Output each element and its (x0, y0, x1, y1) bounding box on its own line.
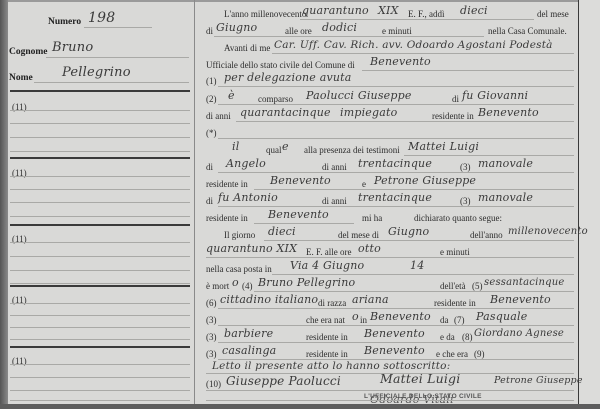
form-line (218, 172, 574, 173)
form-line (218, 138, 574, 139)
hw-birthplace: Benevento (370, 311, 431, 323)
marker-4: (4) (242, 281, 253, 291)
hw-witness1: Mattei Luigi (408, 141, 479, 153)
form-line (236, 121, 574, 122)
marker-9: (9) (474, 349, 485, 359)
hw-race: ariana (352, 294, 389, 306)
hw-witness2-profession: manovale (478, 192, 533, 204)
hw-delegazione: per delegazione avuta (224, 72, 352, 84)
form-line (264, 240, 574, 241)
text-ef-addi: E. F., addì (408, 9, 445, 19)
annotation-line (10, 137, 190, 138)
form-line (218, 86, 574, 87)
annotation-line (10, 283, 190, 284)
marker-3: (3) (460, 196, 471, 206)
scan-edge-bottom (0, 404, 600, 409)
text-il-giorno: Il giorno (224, 230, 255, 240)
annotation-line (10, 256, 190, 257)
form-line (206, 257, 574, 258)
text-di-anni: di anni (322, 162, 347, 172)
numero-value: 198 (88, 12, 115, 24)
form-line (300, 19, 534, 20)
section-divider (10, 285, 190, 287)
hw-death-year: millenovecento (508, 226, 588, 238)
form-line (214, 36, 484, 37)
hw-father-residence: Benevento (364, 328, 425, 340)
text-e: e (362, 179, 366, 189)
text-di-anni: di anni (206, 111, 231, 121)
marker-3: (3) (206, 349, 217, 359)
hw-witness1-profession: manovale (478, 158, 533, 170)
form-line (272, 53, 574, 54)
text-alle-ore: alle ore (285, 26, 312, 36)
text-casa-posta: nella casa posta in (206, 264, 272, 274)
annotation-line (10, 110, 190, 111)
marker-8: (8) (462, 332, 473, 342)
form-line (362, 70, 574, 71)
text-in: in (360, 315, 367, 325)
annotation-line (10, 242, 190, 243)
form-line (218, 104, 574, 105)
text-di: di (206, 196, 213, 206)
text-e-mort: è mort (206, 281, 229, 291)
hw-deceased-mother: Giordano Agnese (474, 328, 564, 340)
hw-death-hour: otto (358, 243, 381, 255)
text-di-anni: di anni (322, 196, 347, 206)
hw-death-day: dieci (268, 226, 296, 238)
nome-value: Pellegrino (62, 67, 131, 79)
text-e-che-era: e che era (436, 349, 468, 359)
form-line (272, 274, 574, 275)
hw-comune: Benevento (370, 56, 431, 68)
text-di: di (206, 162, 213, 172)
annotation-line (10, 400, 190, 401)
cognome-label: Cognome (9, 47, 48, 58)
text-di: di (452, 94, 459, 104)
annotation-line (10, 327, 190, 328)
hw-deceased-name: Bruno Pellegrino (258, 277, 355, 289)
hw-declarant-residence: Benevento (478, 107, 539, 119)
numero-underline (84, 27, 152, 28)
marker-1: (1) (206, 76, 217, 86)
text-delleta: dell'età (440, 281, 466, 291)
form-line (218, 308, 574, 309)
cognome-value: Bruno (52, 42, 93, 54)
annotation-line (10, 339, 190, 340)
cognome-underline (46, 57, 189, 58)
text-residente-in: residente in (306, 332, 348, 342)
marker-10: (10) (206, 379, 221, 389)
annotation-line (10, 189, 190, 190)
hw-month: Giugno (216, 22, 257, 34)
text-qual: qual (266, 145, 282, 155)
hw-mother-profession: casalinga (222, 345, 276, 357)
annotation-line (10, 123, 190, 124)
marker-2: (2) (206, 94, 217, 104)
hw-e: è (228, 90, 235, 102)
hw-declarant: Paolucci Giuseppe (306, 90, 412, 102)
hw-witness2-residence: Benevento (268, 209, 329, 221)
form-line (218, 325, 574, 326)
marker-7: (7) (454, 315, 465, 325)
text-residente-in: residente in (434, 298, 476, 308)
hw-declarant-age: quarantacinque (240, 107, 331, 119)
annotation-line (10, 303, 190, 304)
section-divider (10, 157, 190, 159)
marker-3: (3) (460, 162, 471, 172)
hw-year: quarantuno (302, 5, 369, 17)
text-anno: L'anno millenovecento (224, 9, 306, 19)
hw-witness2: Petrone Giuseppe (374, 175, 476, 187)
text-del-mese-di: del mese di (338, 230, 379, 240)
annotation-line (10, 151, 190, 152)
text-di: di (206, 26, 213, 36)
hw-deceased-father: Pasquale (476, 311, 527, 323)
form-line (206, 390, 574, 391)
section-divider (10, 224, 190, 226)
annotation-line (10, 315, 190, 316)
text-dellanno: dell'anno (470, 230, 503, 240)
annotation-line (10, 270, 190, 271)
text-residente-in: residente in (432, 111, 474, 121)
text-dichiarato: dichiarato quanto segue: (414, 213, 502, 223)
marker-3: (3) (206, 315, 217, 325)
scan-edge-left (0, 0, 8, 409)
nome-underline (34, 82, 189, 83)
marker-3: (3) (206, 332, 217, 342)
form-line (254, 291, 574, 292)
text-casa-comunale: nella Casa Comunale. (488, 26, 567, 36)
form-line (254, 223, 354, 224)
text-residente-in: residente in (306, 349, 348, 359)
text-comparso: comparso (258, 94, 293, 104)
hw-mother-residence: Benevento (364, 345, 425, 357)
text-residente-in: residente in (206, 179, 248, 189)
hw-era: XIX (378, 5, 399, 17)
hw-suffix2: o (352, 311, 359, 323)
text-ef-alle-ore: E. F. alle ore (306, 247, 352, 257)
text-ufficiale: Ufficiale dello stato civile del Comune … (206, 60, 355, 70)
hw-death-year2: quarantuno XIX (206, 243, 297, 255)
hw-declarant-father: fu Giovanni (462, 90, 528, 102)
text-e-minuti: e minuti (440, 247, 470, 257)
section-divider (10, 346, 190, 348)
hw-il: il (232, 141, 239, 153)
section-divider (10, 90, 190, 92)
form-line (206, 400, 574, 401)
hw-hour: dodici (322, 22, 357, 34)
hw-e2: e (282, 141, 289, 153)
hw-witness1-residence: Benevento (270, 175, 331, 187)
nome-label: Nome (9, 73, 33, 84)
hw-witness2-age: trentacinque (358, 192, 432, 204)
signature-witness2: Petrone Giuseppe (494, 375, 583, 387)
text-testimoni: alla presenza dei testimoni (304, 145, 400, 155)
form-line (254, 189, 574, 190)
hw-witness2-father: fu Antonio (218, 192, 278, 204)
marker-6: (6) (206, 298, 217, 308)
hw-day: dieci (460, 5, 488, 17)
text-mi-ha: mi ha (362, 213, 382, 223)
annotation-line (10, 176, 190, 177)
text-di-razza: di razza (318, 298, 346, 308)
text-avanti: Avanti di me (224, 43, 270, 53)
hw-address-number: 14 (410, 260, 424, 272)
hw-deceased-residence: Benevento (490, 294, 551, 306)
hw-declarant-profession: impiegato (340, 107, 397, 119)
form-line (404, 155, 574, 156)
hw-address: Via 4 Giugno (290, 260, 364, 272)
hw-witness1-father: Angelo (226, 158, 266, 170)
text-e-minuti: e minuti (382, 26, 412, 36)
hw-father-profession: barbiere (224, 328, 273, 340)
marker-star: (*) (206, 128, 217, 138)
margin-line (578, 0, 579, 404)
marker-5: (5) (472, 281, 483, 291)
numero-label: Numero (48, 17, 81, 28)
hw-deceased-age: sessantacinque (484, 277, 565, 289)
annotation-line (10, 364, 190, 365)
page-margin-right (579, 0, 600, 404)
form-line (218, 342, 574, 343)
text-da: da (440, 315, 449, 325)
text-e-da: e da (440, 332, 455, 342)
text-che-era-nat: che era nat (306, 315, 345, 325)
hw-officer: Car. Uff. Cav. Rich. avv. Odoardo Agosta… (274, 39, 553, 51)
annotation-line (10, 202, 190, 203)
hw-citizenship: cittadino italiano (220, 294, 318, 306)
form-line (218, 206, 574, 207)
text-del-mese: del mese (537, 9, 569, 19)
annotation-line (10, 390, 190, 391)
hw-suffix: o (232, 277, 239, 289)
text-residente-in: residente in (206, 213, 248, 223)
annotation-line (10, 216, 190, 217)
hw-witness1-age: trentacinque (358, 158, 432, 170)
signature-witness1: Mattei Luigi (380, 373, 460, 385)
signature-declarant: Giuseppe Paolucci (226, 375, 341, 387)
annotation-line (10, 377, 190, 378)
hw-death-month: Giugno (388, 226, 429, 238)
